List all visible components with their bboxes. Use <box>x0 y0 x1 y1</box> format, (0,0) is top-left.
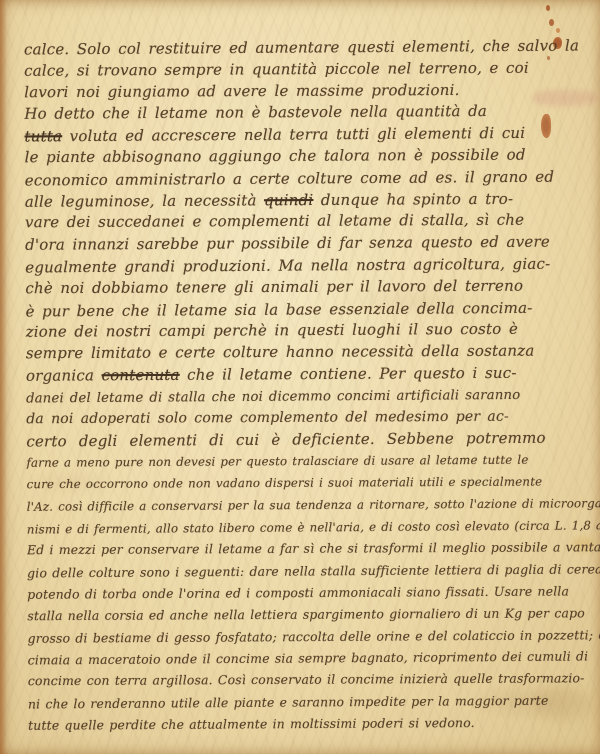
line-text: egualmente grandi produzioni. Ma nella n… <box>25 255 550 277</box>
line-text: da noi adoperati solo come complemento d… <box>26 408 509 427</box>
manuscript-line: chè noi dobbiamo tenere gli animali per … <box>25 275 599 300</box>
line-text: economico amministrarlo a certe colture … <box>25 167 555 189</box>
manuscript-line: concime con terra argillosa. Così conser… <box>28 667 600 692</box>
struck-word: tutta <box>24 127 62 145</box>
line-text: sempre limitato e certe colture hanno ne… <box>26 342 535 363</box>
line-text: tutte quelle perdite che attualmente in … <box>28 715 475 733</box>
manuscript-line: da noi adoperati solo come complemento d… <box>26 406 600 431</box>
line-text: grosso di bestiame di gesso fosfatato; r… <box>27 627 600 646</box>
manuscript-text: calce. Solo col restituire ed aumentare … <box>24 35 600 736</box>
rust-stain <box>549 19 554 26</box>
struck-word: contenuta <box>102 366 180 384</box>
rust-stain <box>546 5 550 11</box>
line-text: certo degli elementi di cui è deficiente… <box>26 429 546 451</box>
manuscript-line: le piante abbisognano aggiungo che talor… <box>25 144 599 169</box>
manuscript-line: calce, si trovano sempre in quantità pic… <box>24 57 598 82</box>
manuscript-line: d'ora innanzi sarebbe pur possibile di f… <box>25 231 599 256</box>
manuscript-line: economico amministrarlo a certe colture … <box>25 166 599 192</box>
manuscript-line: ni che lo renderanno utile alle piante e… <box>28 689 600 715</box>
line-text: è pur bene che il letame sia la base ess… <box>25 298 532 320</box>
line-text: l'Az. così difficile a conservarsi per l… <box>27 496 600 514</box>
page-left-edge-shadow <box>0 0 7 754</box>
rust-stain <box>556 28 560 33</box>
line-text: chè noi dobbiamo tenere gli animali per … <box>25 276 523 297</box>
line-text: zione dei nostri campi perchè in questi … <box>26 320 518 341</box>
manuscript-page: calce. Solo col restituire ed aumentare … <box>0 0 600 754</box>
line-text: Ed i mezzi per conservare il letame a fa… <box>27 539 600 557</box>
manuscript-line: tutte quelle perdite che attualmente in … <box>28 711 600 736</box>
manuscript-line: certo degli elementi di cui è deficiente… <box>26 428 600 454</box>
line-text: organica <box>26 366 102 384</box>
line-text: cimaia a maceratoio onde il concime sia … <box>28 649 589 668</box>
manuscript-line: sempre limitato e certe colture hanno ne… <box>26 340 600 365</box>
line-text: lavori noi giungiamo ad avere le massime… <box>24 81 459 101</box>
line-text: le piante abbisognano aggiungo che talor… <box>25 146 526 167</box>
line-text: vare dei succedanei e complementi al let… <box>25 211 524 232</box>
manuscript-line: vare dei succedanei e complementi al let… <box>25 210 599 235</box>
manuscript-line: lavori noi giungiamo ad avere le massime… <box>24 79 598 104</box>
manuscript-line: calce. Solo col restituire ed aumentare … <box>24 35 598 61</box>
line-text: dunque ha spinto a tro- <box>313 189 513 208</box>
line-text: Ho detto che il letame non è bastevole n… <box>24 102 487 123</box>
manuscript-line: stalla nella corsia ed anche nella letti… <box>27 602 600 627</box>
line-text: potendo di torba onde l'orina ed i compo… <box>27 583 569 601</box>
manuscript-line: cure che occorrono onde non vadano dispe… <box>27 471 600 496</box>
manuscript-line: Ed i mezzi per conservare il letame a fa… <box>27 537 600 562</box>
line-text: calce, si trovano sempre in quantità pic… <box>24 58 529 79</box>
line-text: danei del letame di stalla che noi dicem… <box>26 388 520 407</box>
line-text: farne a meno pure non devesi per questo … <box>26 453 528 470</box>
line-text: ni che lo renderanno utile alle piante e… <box>28 693 549 712</box>
line-text: gio delle colture sono i seguenti: dare … <box>27 561 600 580</box>
line-text: d'ora innanzi sarebbe pur possibile di f… <box>25 233 550 254</box>
line-text: alle leguminose, la necessità <box>25 191 264 210</box>
line-text: stalla nella corsia ed anche nella letti… <box>27 605 585 623</box>
manuscript-line: gio delle colture sono i seguenti: dare … <box>27 558 600 584</box>
line-text: nismi e di fermenti, allo stato libero c… <box>27 518 600 536</box>
line-text: voluta ed accrescere nella terra tutti g… <box>62 124 525 145</box>
manuscript-line: è pur bene che il letame sia la base ess… <box>25 297 599 323</box>
line-text: concime con terra argillosa. Così conser… <box>28 670 585 688</box>
struck-word: quindi <box>264 191 313 209</box>
line-text: che il letame contiene. Per questo i suc… <box>180 364 517 384</box>
line-text: cure che occorrono onde non vadano dispe… <box>27 474 543 491</box>
manuscript-line: organica contenuta che il letame contien… <box>26 362 600 387</box>
line-text: calce. Solo col restituire ed aumentare … <box>24 36 579 58</box>
manuscript-line: l'Az. così difficile a conservarsi per l… <box>27 493 600 518</box>
